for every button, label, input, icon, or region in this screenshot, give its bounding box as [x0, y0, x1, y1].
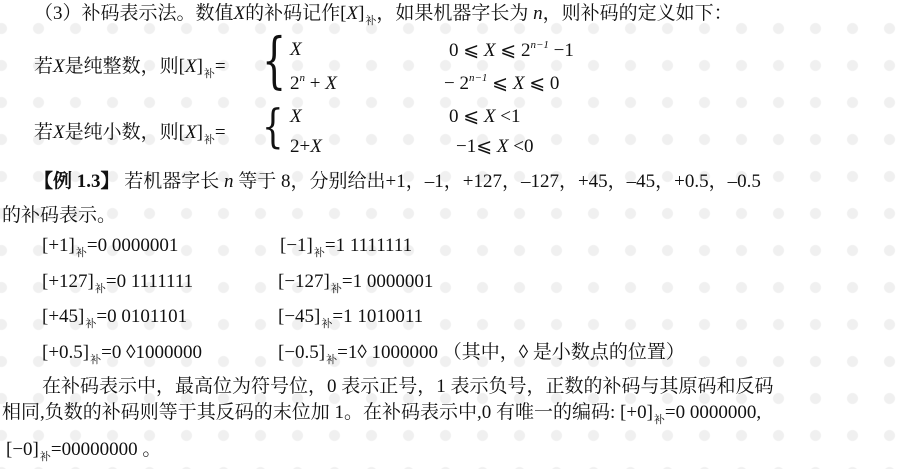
- example-heading-line: 【例 1.3】 若机器字长 n 等于 8，分别给出+1，–1，+127，–127…: [34, 172, 761, 191]
- summary-line-3: [−0]补=00000000 。: [6, 440, 161, 463]
- summary-line-2: 相同,负数的补码则等于其反码的末位加 1。在补码表示中,0 有唯一的编码: [+…: [2, 403, 761, 426]
- fraction-brace: {: [262, 104, 284, 150]
- intro-line: （3）补码表示法。数值X的补码记作[X]补，如果机器字长为 n，则补码的定义如下…: [34, 4, 733, 27]
- example-row-4-left: [+0.5]补=0 ◊1000000: [42, 343, 202, 366]
- example-title: 【例 1.3】: [34, 171, 120, 192]
- integer-case-label: 若X是纯整数，则[X]补=: [34, 57, 226, 80]
- integer-case-cond-2: − 2n−1 ⩽ X ⩽ 0: [444, 73, 559, 93]
- fraction-case-expr-2: 2+X: [290, 137, 322, 156]
- example-row-1-left: [+1]补=0 0000001: [42, 236, 178, 259]
- example-row-3-left: [+45]补=0 0101101: [42, 307, 187, 330]
- fraction-case-cond-2: −1⩽ X <0: [456, 137, 533, 156]
- integer-brace: {: [262, 30, 286, 91]
- example-row-1-right: [−1]补=1 1111111: [280, 236, 412, 259]
- decimal-point-note: （其中，◊ 是小数点的位置）: [443, 342, 685, 363]
- fraction-case-expr-1: X: [290, 107, 302, 126]
- example-heading-cont: 的补码表示。: [2, 206, 116, 225]
- integer-case-expr-1: X: [290, 40, 302, 59]
- integer-case-expr-2: 2n + X: [290, 73, 337, 93]
- example-row-4-right: [−0.5]补=1◊ 1000000 （其中，◊ 是小数点的位置）: [278, 343, 685, 366]
- example-row-3-right: [−45]补=1 1010011: [278, 307, 423, 330]
- example-row-2-right: [−127]补=1 0000001: [278, 272, 433, 295]
- summary-line-1: 在补码表示中，最高位为符号位，0 表示正号，1 表示负号，正数的补码与其原码和反…: [42, 377, 774, 396]
- fraction-case-label: 若X是纯小数，则[X]补=: [34, 123, 226, 146]
- integer-case-cond-1: 0 ⩽ X ⩽ 2n−1 −1: [449, 40, 574, 60]
- fraction-case-cond-1: 0 ⩽ X <1: [449, 107, 521, 126]
- example-row-2-left: [+127]补=0 1111111: [42, 272, 193, 295]
